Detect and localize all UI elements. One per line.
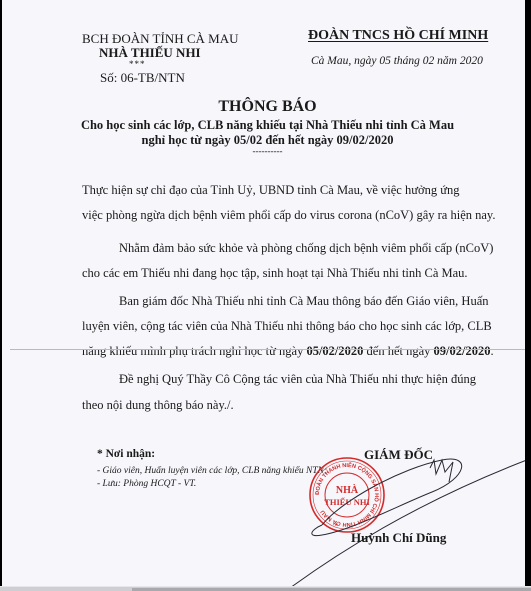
start-date: 05/02/2020 [306,344,363,358]
paragraph-2-line-2: cho các em Thiếu nhi đang học tập, sinh … [82,261,468,286]
subtitle-line-1: Cho học sinh các lớp, CLB năng khiếu tại… [2,118,525,133]
document-subtitle: Cho học sinh các lớp, CLB năng khiếu tại… [2,118,525,148]
union-name: ĐOÀN TNCS HỒ CHÍ MINH [308,28,488,44]
text: đến hết ngày [363,344,433,358]
paragraph-1-line-1: Thực hiện sự chỉ đạo của Tỉnh Uỷ, UBND t… [82,178,460,203]
scan-artifact-line [10,349,525,350]
text: . [490,344,493,358]
scanned-document-page: BCH ĐOÀN TỈNH CÀ MAU NHÀ THIẾU NHI *** S… [2,0,525,586]
paragraph-4-line-1: Đề nghị Quý Thầy Cô Cộng tác viên của Nh… [119,367,476,392]
paragraph-4-line-2: theo nội dung thông báo này./. [82,393,234,418]
document-title: THÔNG BÁO [2,98,525,116]
paragraph-1-line-2: việc phòng ngừa dịch bệnh viêm phổi cấp … [82,203,496,228]
signer-name: Huỳnh Chí Dũng [351,530,446,546]
signature-icon [282,440,525,586]
paragraph-2-line-1: Nhằm đảm bảo sức khỏe và phòng chống dịc… [119,236,493,261]
text: năng khiếu mình phụ trách nghỉ học từ ng… [82,344,306,358]
header-separator: *** [129,59,146,69]
paragraph-3-line-3: năng khiếu mình phụ trách nghỉ học từ ng… [82,339,494,364]
paragraph-3-line-2: luyện viên, cộng tác viên của Nhà Thiếu … [82,314,492,339]
paragraph-3-line-1: Ban giám đốc Nhà Thiếu nhi tỉnh Cà Mau t… [119,289,489,314]
organization-name: NHÀ THIẾU NHI [99,45,201,61]
title-divider: ---------- [2,146,525,156]
place-date: Cà Mau, ngày 05 tháng 02 năm 2020 [311,55,483,67]
horizontal-scrollbar[interactable] [0,586,531,591]
end-date: 09/02/2020 [434,344,491,358]
document-number: Số: 06-TB/NTN [100,70,185,86]
recipient-item: - Lưu: Phòng HCQT - VT. [97,479,196,489]
recipients-title: * Nơi nhận: [97,448,155,460]
